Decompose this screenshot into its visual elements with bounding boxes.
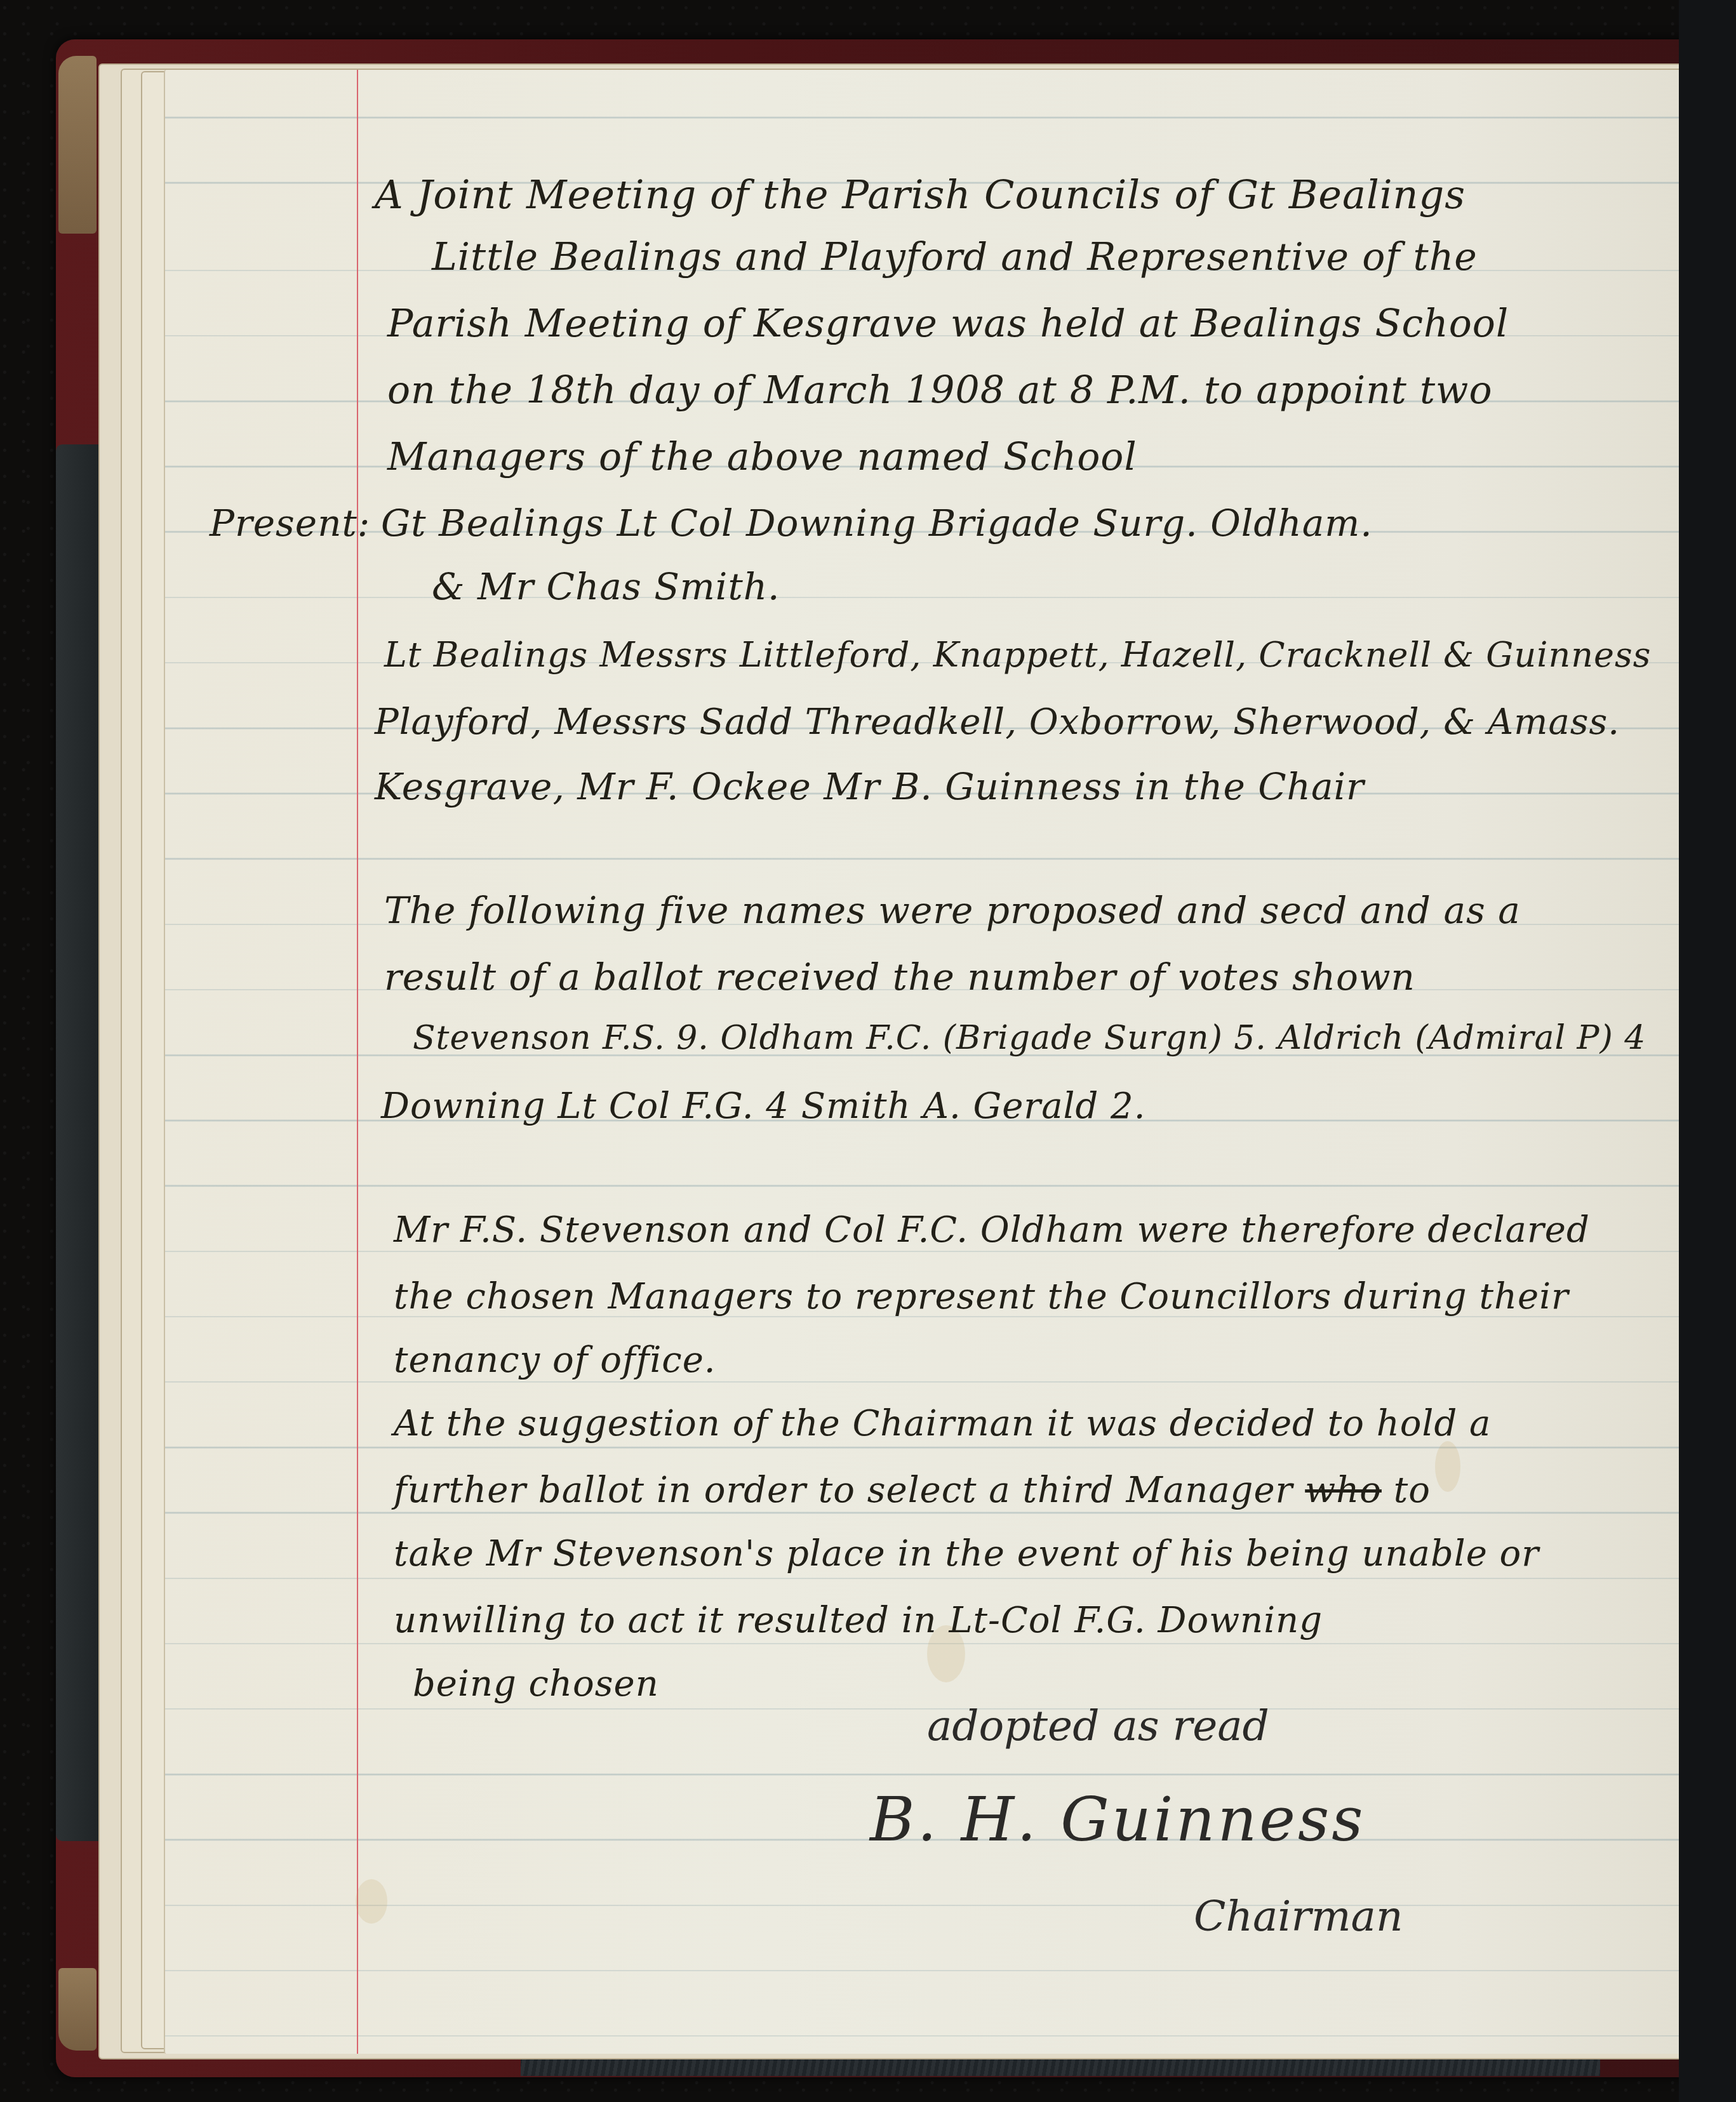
intro-line: Little Bealings and Playford and Represe… — [432, 235, 1478, 279]
further-line: take Mr Stevenson's place in the event o… — [394, 1533, 1539, 1574]
ballot-line: result of a ballot received the number o… — [384, 955, 1415, 999]
further-text: to — [1394, 1470, 1431, 1511]
result-line: the chosen Managers to represent the Cou… — [394, 1276, 1569, 1317]
foxing-stain — [356, 1879, 387, 1924]
intro-line: A Joint Meeting of the Parish Councils o… — [375, 171, 1466, 218]
worn-corner-bottom — [58, 1968, 97, 2051]
further-text: further ballot in order to select a thir… — [394, 1470, 1293, 1511]
further-line: At the suggestion of the Chairman it was… — [394, 1403, 1491, 1444]
further-line: further ballot in order to select a thir… — [394, 1470, 1431, 1511]
chairman-signature: B. H. Guinness — [870, 1784, 1366, 1855]
present-line: Lt Bealings Messrs Littleford, Knappett,… — [384, 635, 1651, 675]
intro-line: Parish Meeting of Kesgrave was held at B… — [387, 302, 1509, 346]
chairman-title: Chairman — [1194, 1892, 1403, 1941]
further-line: being chosen — [413, 1663, 659, 1705]
present-label: Present: — [210, 502, 370, 545]
ballot-results-line: Stevenson F.S. 9. Oldham F.C. (Brigade S… — [413, 1019, 1646, 1057]
result-line: Mr F.S. Stevenson and Col F.C. Oldham we… — [394, 1209, 1590, 1251]
present-line: & Mr Chas Smith. — [432, 565, 780, 608]
further-line: unwilling to act it resulted in Lt-Col F… — [394, 1600, 1323, 1641]
present-line: Playford, Messrs Sadd Threadkell, Oxborr… — [375, 702, 1620, 743]
result-line: tenancy of office. — [394, 1340, 716, 1381]
adopted-note: adopted as read — [927, 1701, 1269, 1750]
intro-line: on the 18th day of March 1908 at 8 P.M. … — [387, 368, 1493, 413]
ballot-results-line: Downing Lt Col F.G. 4 Smith A. Gerald 2. — [381, 1086, 1146, 1127]
present-line: Gt Bealings Lt Col Downing Brigade Surg.… — [381, 502, 1373, 545]
ballot-line: The following five names were proposed a… — [384, 889, 1521, 932]
intro-line: Managers of the above named School — [387, 435, 1137, 479]
minute-book-page — [164, 70, 1683, 2054]
foxing-stain — [1435, 1441, 1460, 1492]
present-line: Kesgrave, Mr F. Ockee Mr B. Guinness in … — [375, 765, 1365, 808]
red-margin-line — [357, 70, 358, 2054]
ruled-lines — [165, 70, 1683, 2054]
struck-word: who — [1305, 1470, 1382, 1511]
right-backdrop — [1679, 0, 1736, 2102]
worn-corner-top — [58, 56, 97, 234]
